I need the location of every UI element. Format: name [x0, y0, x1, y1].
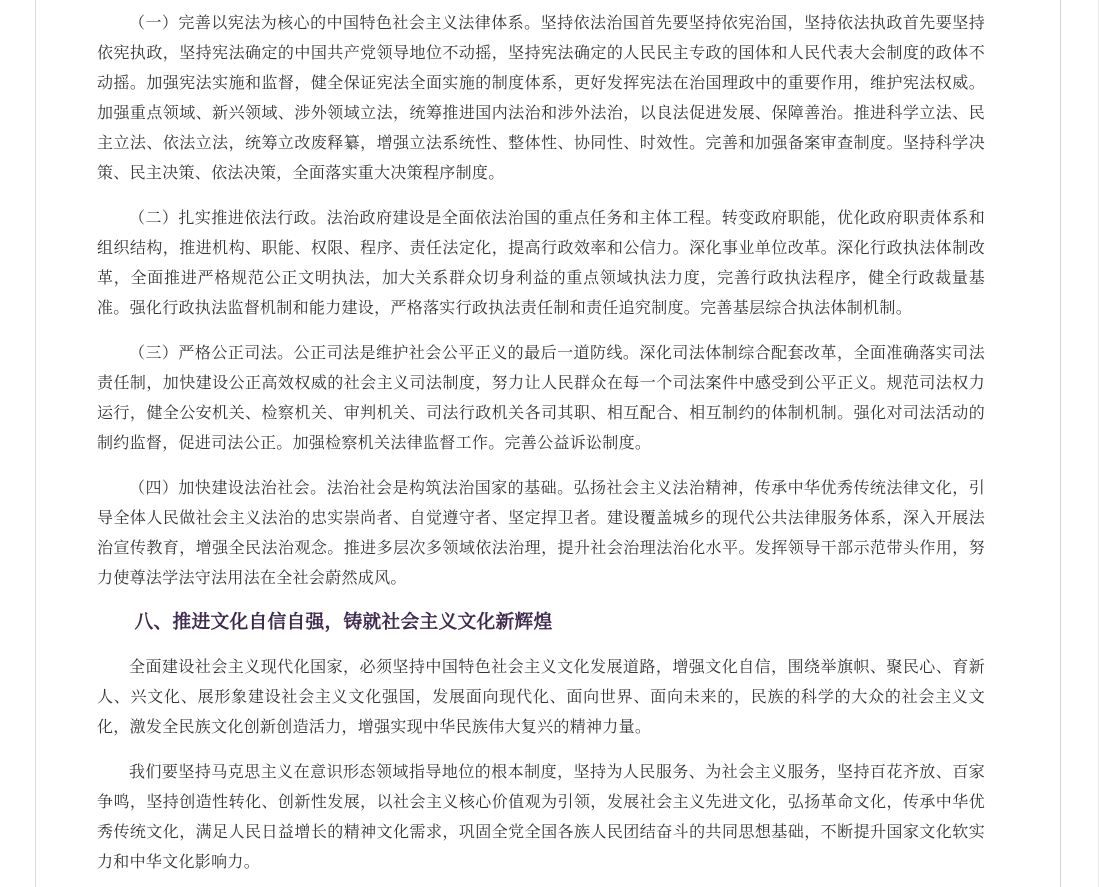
- scrollbar-edge: [1098, 0, 1099, 887]
- paragraph-culture-marxism: 我们要坚持马克思主义在意识形态领域指导地位的根本制度，坚持为人民服务、为社会主义…: [97, 757, 985, 877]
- article-body: （一）完善以宪法为核心的中国特色社会主义法律体系。坚持依法治国首先要坚持依宪治国…: [97, 0, 985, 877]
- paragraph-law-system: （一）完善以宪法为核心的中国特色社会主义法律体系。坚持依法治国首先要坚持依宪治国…: [97, 0, 985, 188]
- section-heading: 八、推进文化自信自强，铸就社会主义文化新辉煌: [97, 608, 985, 638]
- paragraph-rule-of-law-society: （四）加快建设法治社会。法治社会是构筑法治国家的基础。弘扬社会主义法治精神，传承…: [97, 473, 985, 593]
- paragraph-judicial-justice: （三）严格公正司法。公正司法是维护社会公平正义的最后一道防线。深化司法体制综合配…: [97, 338, 985, 458]
- page: （一）完善以宪法为核心的中国特色社会主义法律体系。坚持依法治国首先要坚持依宪治国…: [0, 0, 1100, 887]
- paragraph-culture-intro: 全面建设社会主义现代化国家，必须坚持中国特色社会主义文化发展道路，增强文化自信，…: [97, 652, 985, 742]
- paragraph-administration-by-law: （二）扎实推进依法行政。法治政府建设是全面依法治国的重点任务和主体工程。转变政府…: [97, 203, 985, 323]
